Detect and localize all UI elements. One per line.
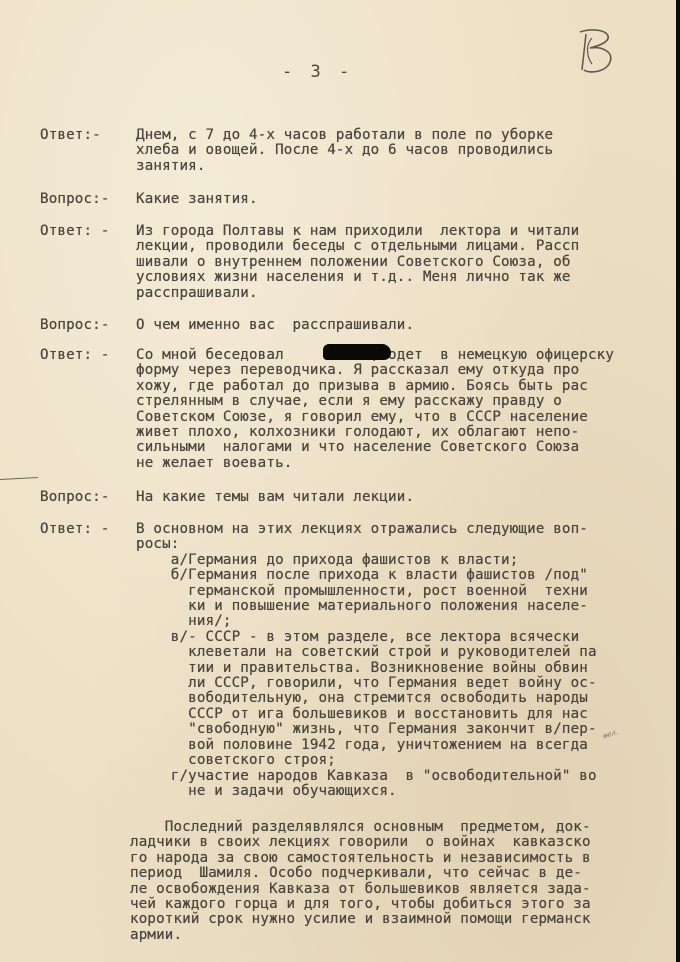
list-item-g: г/участие народов Кавказа в "освободител… — [136, 768, 597, 784]
question-label: Вопрос:- — [40, 318, 110, 333]
margin-pen-stroke — [0, 477, 38, 480]
document-page: - 3 - Ответ:- Днем, с 7 до 4-х часов раб… — [0, 0, 676, 962]
question-label: Вопрос:- — [40, 192, 110, 207]
answer-label: Ответ: - — [40, 348, 110, 363]
handwritten-initial-mark — [572, 26, 618, 76]
answer-label: Ответ: - — [40, 522, 110, 537]
redacted-name-block — [323, 344, 391, 360]
handwritten-margin-note: вел. — [602, 728, 619, 740]
answer-text-topics-list: В основном на этих лекциях отражались сл… — [136, 522, 597, 799]
answer-text: Из города Полтавы к нам приходили лектор… — [136, 224, 579, 301]
question-text: Какие занятия. — [136, 192, 258, 207]
list-item-v: в/- СССР - в этом разделе, все лектора в… — [136, 629, 579, 645]
answer-text: Днем, с 7 до 4-х часов работали в поле п… — [136, 128, 553, 174]
question-label: Вопрос:- — [40, 490, 110, 505]
list-item-b: б/Германия после прихода к власти фашист… — [136, 567, 588, 583]
scan-edge — [676, 0, 680, 962]
page-number: - 3 - — [282, 62, 353, 82]
closing-paragraph: Последний разделявлялся основным предмет… — [130, 820, 591, 943]
list-item-a: а/Германия до прихода фашистов к власти; — [136, 552, 518, 568]
question-text: На какие темы вам читали лекции. — [136, 490, 414, 505]
answer-label: Ответ: - — [40, 224, 110, 239]
question-text: О чем именно вас расспрашивали. — [136, 318, 414, 333]
answer-text: Со мной беседовал , одет в немецкую офиц… — [136, 348, 614, 471]
answer-label: Ответ:- — [40, 128, 101, 143]
